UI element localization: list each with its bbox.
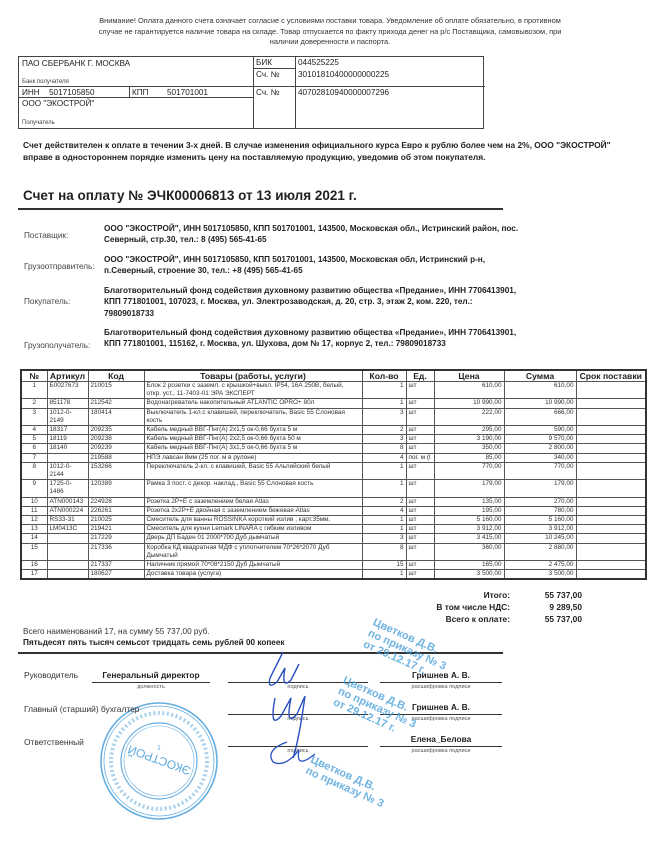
row-number: 4 [21, 426, 47, 435]
row-code: 120389 [88, 480, 144, 497]
row-goods-name: Кабель медный ВВГ-Пнг(А) 3х1,5 ок-0,66 б… [144, 444, 362, 453]
row-price: 10 990,00 [434, 399, 504, 408]
row-unit: шт [406, 399, 434, 408]
row-qty: 4 [362, 453, 406, 462]
inn-label: ИНН [22, 88, 40, 97]
col-header-unit: Ед. [406, 370, 434, 382]
row-qty: 3 [362, 408, 406, 425]
table-row: 618140209239Кабель медный ВВГ-Пнг(А) 3х1… [21, 444, 646, 453]
row-sum: 780,00 [504, 506, 576, 515]
col-header-qty: Кол-во [362, 370, 406, 382]
row-sum: 610,00 [504, 382, 576, 399]
col-header-article: Артикул [47, 370, 88, 382]
row-code: 153266 [88, 462, 144, 479]
row-price: 3 190,00 [434, 435, 504, 444]
row-code: 180414 [88, 408, 144, 425]
table-header-row: № Артикул Код Товары (работы, услуги) Ко… [21, 370, 646, 382]
vat-value: 9 289,50 [549, 602, 582, 612]
row-goods-name: Розетка 2х2Р+Е двойная с заземлением беж… [144, 506, 362, 515]
row-code: 209239 [88, 444, 144, 453]
vat-label: В том числе НДС: [436, 602, 510, 612]
row-delivery-term [576, 480, 646, 497]
row-delivery-term [576, 506, 646, 515]
row-unit: шт [406, 543, 434, 560]
row-goods-name: Доставка товара (услуга) [144, 570, 362, 580]
row-code: 217336 [88, 543, 144, 560]
corr-account-value: 30101810400000000225 [298, 70, 389, 79]
corr-account-label: Сч. № [256, 70, 279, 79]
bank-details: ПАО СБЕРБАНК Г. МОСКВА Банк получателя И… [18, 56, 484, 129]
row-delivery-term [576, 561, 646, 570]
row-sum: 179,00 [504, 480, 576, 497]
handwritten-signature-icon [255, 650, 345, 780]
supplier-text: ООО "ЭКОСТРОЙ", ИНН 5017105850, КПП 5017… [104, 223, 524, 246]
row-sum: 770,00 [504, 462, 576, 479]
recipient-caption: Получатель [22, 120, 55, 126]
row-code: 217229 [88, 534, 144, 543]
row-price: 360,00 [434, 543, 504, 560]
row-unit: шт [406, 561, 434, 570]
row-sum: 2 800,00 [504, 444, 576, 453]
row-qty: 1 [362, 525, 406, 534]
row-article: Б0027673 [47, 382, 88, 399]
row-goods-name: Блок 2 розетки с заземл. с крышкой+выкл.… [144, 382, 362, 399]
row-article: ATN000224 [47, 506, 88, 515]
buyer-text: Благотворительный фонд содействия духовн… [104, 285, 524, 319]
row-article: 18317 [47, 426, 88, 435]
table-row: 91725-0-1486120389Рамка 3 пост. с декор.… [21, 480, 646, 497]
payment-notice: Внимание! Оплата данного счета означает … [90, 16, 570, 48]
row-delivery-term [576, 462, 646, 479]
row-unit: шт [406, 570, 434, 580]
row-code: 210025 [88, 516, 144, 525]
bik-label: БИК [256, 58, 272, 67]
row-sum: 3 500,00 [504, 570, 576, 580]
responsible-label: Ответственный [24, 737, 84, 747]
table-row: 81012-0-2144153266Переключатель 2-кл. с … [21, 462, 646, 479]
row-price: 3 912,00 [434, 525, 504, 534]
row-code: 217337 [88, 561, 144, 570]
row-sum: 340,00 [504, 453, 576, 462]
invoice-title: Счет на оплату № ЭЧК00006813 от 13 июля … [23, 188, 357, 203]
row-qty: 1 [362, 399, 406, 408]
consignee-text: Благотворительный фонд содействия духовн… [104, 327, 524, 350]
row-qty: 8 [362, 444, 406, 453]
row-sum: 270,00 [504, 497, 576, 506]
row-unit: шт [406, 497, 434, 506]
row-code: 209235 [88, 426, 144, 435]
row-delivery-term [576, 399, 646, 408]
items-count-summary: Всего наименований 17, на сумму 55 737,0… [23, 627, 210, 636]
row-unit: шт [406, 426, 434, 435]
row-qty: 2 [362, 426, 406, 435]
row-article: 1012-0-2144 [47, 462, 88, 479]
row-unit: шт [406, 408, 434, 425]
row-number: 11 [21, 506, 47, 515]
row-code: 226261 [88, 506, 144, 515]
account-value: 40702810940000007296 [298, 88, 389, 97]
row-unit: пог. м (I [406, 453, 434, 462]
table-row: 7219588НПЭ лавсан 8мм (25 пог. м в рулон… [21, 453, 646, 462]
row-delivery-term [576, 570, 646, 580]
row-unit: шт [406, 444, 434, 453]
row-qty: 1 [362, 516, 406, 525]
shipper-text: ООО "ЭКОСТРОЙ", ИНН 5017105850, КПП 5017… [104, 254, 524, 277]
row-qty: 1 [362, 480, 406, 497]
shipper-label: Грузоотправитель: [24, 262, 95, 271]
col-header-number: № [21, 370, 47, 382]
row-qty: 3 [362, 435, 406, 444]
row-number: 2 [21, 399, 47, 408]
row-goods-name: Наличник прямой 70*08*2150 Дуб Дымчатый [144, 561, 362, 570]
row-delivery-term [576, 444, 646, 453]
goods-table: № Артикул Код Товары (работы, услуги) Ко… [20, 369, 647, 580]
row-sum: 2 880,00 [504, 543, 576, 560]
row-article: 1725-0-1486 [47, 480, 88, 497]
row-price: 295,00 [434, 426, 504, 435]
row-goods-name: Смеситель для кухни Lemark LINARA с гибк… [144, 525, 362, 534]
row-code: 212542 [88, 399, 144, 408]
table-row: 12RS33-31210025Смеситель для ванны ROSSI… [21, 516, 646, 525]
kpp-label: КПП [132, 88, 149, 97]
row-price: 770,00 [434, 462, 504, 479]
row-number: 17 [21, 570, 47, 580]
row-price: 85,00 [434, 453, 504, 462]
row-goods-name: Коробка КД квадратная МДФ с уплотнителем… [144, 543, 362, 560]
row-article: 18119 [47, 435, 88, 444]
buyer-label: Покупатель: [24, 297, 70, 306]
row-article: 1012-0-2149 [47, 408, 88, 425]
supplier-label: Поставщик: [24, 231, 68, 240]
head-position: Генеральный директор [92, 670, 210, 680]
account-label: Сч. № [256, 88, 279, 97]
table-row: 14217229Дверь ДП Баден 01 2000*700 Дуб д… [21, 534, 646, 543]
title-divider [18, 208, 503, 210]
row-unit: шт [406, 462, 434, 479]
row-delivery-term [576, 435, 646, 444]
row-code: 210015 [88, 382, 144, 399]
row-delivery-term [576, 543, 646, 560]
table-row: 17180627Доставка товара (услуга)1шт3 500… [21, 570, 646, 580]
row-code: 180627 [88, 570, 144, 580]
row-price: 610,00 [434, 382, 504, 399]
row-code: 224928 [88, 497, 144, 506]
row-number: 15 [21, 543, 47, 560]
row-article: 851178 [47, 399, 88, 408]
row-price: 3 415,00 [434, 534, 504, 543]
row-number: 9 [21, 480, 47, 497]
row-price: 3 500,00 [434, 570, 504, 580]
row-article [47, 543, 88, 560]
head-label: Руководитель [24, 670, 78, 680]
row-goods-name: Кабель медный ВВГ-Пнг(А) 2х2,5 ок-0,66 б… [144, 435, 362, 444]
row-qty: 4 [362, 506, 406, 515]
col-header-code: Код [88, 370, 144, 382]
position-caption: должность [92, 684, 210, 690]
row-code: 209238 [88, 435, 144, 444]
due-value: 55 737,00 [545, 614, 582, 624]
row-article: RS33-31 [47, 516, 88, 525]
col-header-price: Цена [434, 370, 504, 382]
bik-value: 044525225 [298, 58, 339, 67]
table-row: 13LM0413C219421Смеситель для кухни Lemar… [21, 525, 646, 534]
row-number: 7 [21, 453, 47, 462]
row-goods-name: Рамка 3 пост. с декор. наклад., Basic 55… [144, 480, 362, 497]
row-price: 195,00 [434, 506, 504, 515]
row-qty: 1 [362, 382, 406, 399]
row-article: 18140 [47, 444, 88, 453]
row-qty: 15 [362, 561, 406, 570]
table-row: 10ATN000143224928Розетка 2Р+Е с заземлен… [21, 497, 646, 506]
row-price: 5 160,00 [434, 516, 504, 525]
validity-note: Счет действителен к оплате в течении 3-х… [23, 140, 623, 163]
table-row: 11ATN000224226261Розетка 2х2Р+Е двойная … [21, 506, 646, 515]
kpp-value: 501701001 [167, 88, 208, 97]
row-number: 8 [21, 462, 47, 479]
row-qty: 1 [362, 570, 406, 580]
row-delivery-term [576, 426, 646, 435]
row-price: 135,00 [434, 497, 504, 506]
row-goods-name: Дверь ДП Баден 01 2000*700 Дуб дымчатый [144, 534, 362, 543]
row-delivery-term [576, 525, 646, 534]
row-sum: 2 475,00 [504, 561, 576, 570]
row-sum: 666,00 [504, 408, 576, 425]
row-price: 179,00 [434, 480, 504, 497]
bank-caption: Банк получателя [22, 79, 69, 85]
row-qty: 8 [362, 543, 406, 560]
row-article: ATN000143 [47, 497, 88, 506]
row-price: 222,00 [434, 408, 504, 425]
responsible-decode-caption: расшифровка подписи [380, 748, 502, 754]
row-delivery-term [576, 408, 646, 425]
row-article [47, 570, 88, 580]
col-header-delivery-term: Срок поставки [576, 370, 646, 382]
accountant-label: Главный (старший) бухгалтер [24, 704, 139, 714]
row-sum: 10 245,00 [504, 534, 576, 543]
col-header-goods: Товары (работы, услуги) [144, 370, 362, 382]
row-sum: 10 990,00 [504, 399, 576, 408]
row-number: 3 [21, 408, 47, 425]
proxy-stamp-3: Цветков Д.В. по приказу № 3 [304, 754, 391, 810]
row-unit: шт [406, 435, 434, 444]
row-price: 165,00 [434, 561, 504, 570]
row-unit: шт [406, 534, 434, 543]
table-row: 518119209238Кабель медный ВВГ-Пнг(А) 2х2… [21, 435, 646, 444]
row-price: 350,00 [434, 444, 504, 453]
due-label: Всего к оплате: [446, 614, 510, 624]
consignee-label: Грузополучатель: [24, 341, 90, 350]
row-unit: шт [406, 382, 434, 399]
company-seal-icon: ЭКОСТРОЙ 1 [98, 700, 220, 822]
row-goods-name: НПЭ лавсан 8мм (25 пог. м в рулоне) [144, 453, 362, 462]
row-unit: шт [406, 480, 434, 497]
table-row: 15217336Коробка КД квадратная МДФ с упло… [21, 543, 646, 560]
row-sum: 590,00 [504, 426, 576, 435]
row-delivery-term [576, 453, 646, 462]
row-delivery-term [576, 534, 646, 543]
row-article [47, 561, 88, 570]
row-goods-name: Кабель медный ВВГ-Пнг(А) 2х1,5 ок-0,66 б… [144, 426, 362, 435]
table-row: 418317209235Кабель медный ВВГ-Пнг(А) 2х1… [21, 426, 646, 435]
table-row: 1Б0027673210015Блок 2 розетки с заземл. … [21, 382, 646, 399]
row-unit: шт [406, 525, 434, 534]
row-number: 13 [21, 525, 47, 534]
row-sum: 3 912,00 [504, 525, 576, 534]
col-header-sum: Сумма [504, 370, 576, 382]
row-unit: шт [406, 506, 434, 515]
row-sum: 5 160,00 [504, 516, 576, 525]
row-qty: 2 [362, 497, 406, 506]
row-number: 1 [21, 382, 47, 399]
recipient-name: ООО "ЭКОСТРОЙ" [22, 99, 94, 108]
row-number: 16 [21, 561, 47, 570]
table-row: 2851178212542Водонагреватель накопительн… [21, 399, 646, 408]
row-goods-name: Смеситель для ванны ROSSINKA короткий из… [144, 516, 362, 525]
bank-name: ПАО СБЕРБАНК Г. МОСКВА [22, 59, 130, 68]
row-number: 5 [21, 435, 47, 444]
row-number: 14 [21, 534, 47, 543]
row-goods-name: Водонагреватель накопительный ATLANTIC O… [144, 399, 362, 408]
amount-in-words: Пятьдесят пять тысяч семьсот тридцать се… [23, 638, 284, 647]
row-article: LM0413C [47, 525, 88, 534]
row-delivery-term [576, 516, 646, 525]
row-qty: 3 [362, 534, 406, 543]
total-value: 55 737,00 [545, 590, 582, 600]
row-sum: 9 570,00 [504, 435, 576, 444]
row-article [47, 534, 88, 543]
row-code: 219588 [88, 453, 144, 462]
row-number: 6 [21, 444, 47, 453]
row-goods-name: Розетка 2Р+Е с заземлением белая Atlas [144, 497, 362, 506]
row-delivery-term [576, 382, 646, 399]
table-row: 16217337Наличник прямой 70*08*2150 Дуб Д… [21, 561, 646, 570]
svg-text:1: 1 [157, 745, 161, 752]
row-unit: шт [406, 516, 434, 525]
row-code: 219421 [88, 525, 144, 534]
row-goods-name: Переключатель 2-кл. с клавишей, Basic 55… [144, 462, 362, 479]
total-label: Итого: [484, 590, 510, 600]
row-number: 12 [21, 516, 47, 525]
row-delivery-term [576, 497, 646, 506]
row-article [47, 453, 88, 462]
row-number: 10 [21, 497, 47, 506]
row-goods-name: Выключатель 1-кл.с клавишей, переключате… [144, 408, 362, 425]
row-qty: 1 [362, 462, 406, 479]
head-decode-caption: расшифровка подписи [380, 684, 502, 690]
table-row: 31012-0-2149180414Выключатель 1-кл.с кла… [21, 408, 646, 425]
inn-value: 5017105850 [49, 88, 95, 97]
